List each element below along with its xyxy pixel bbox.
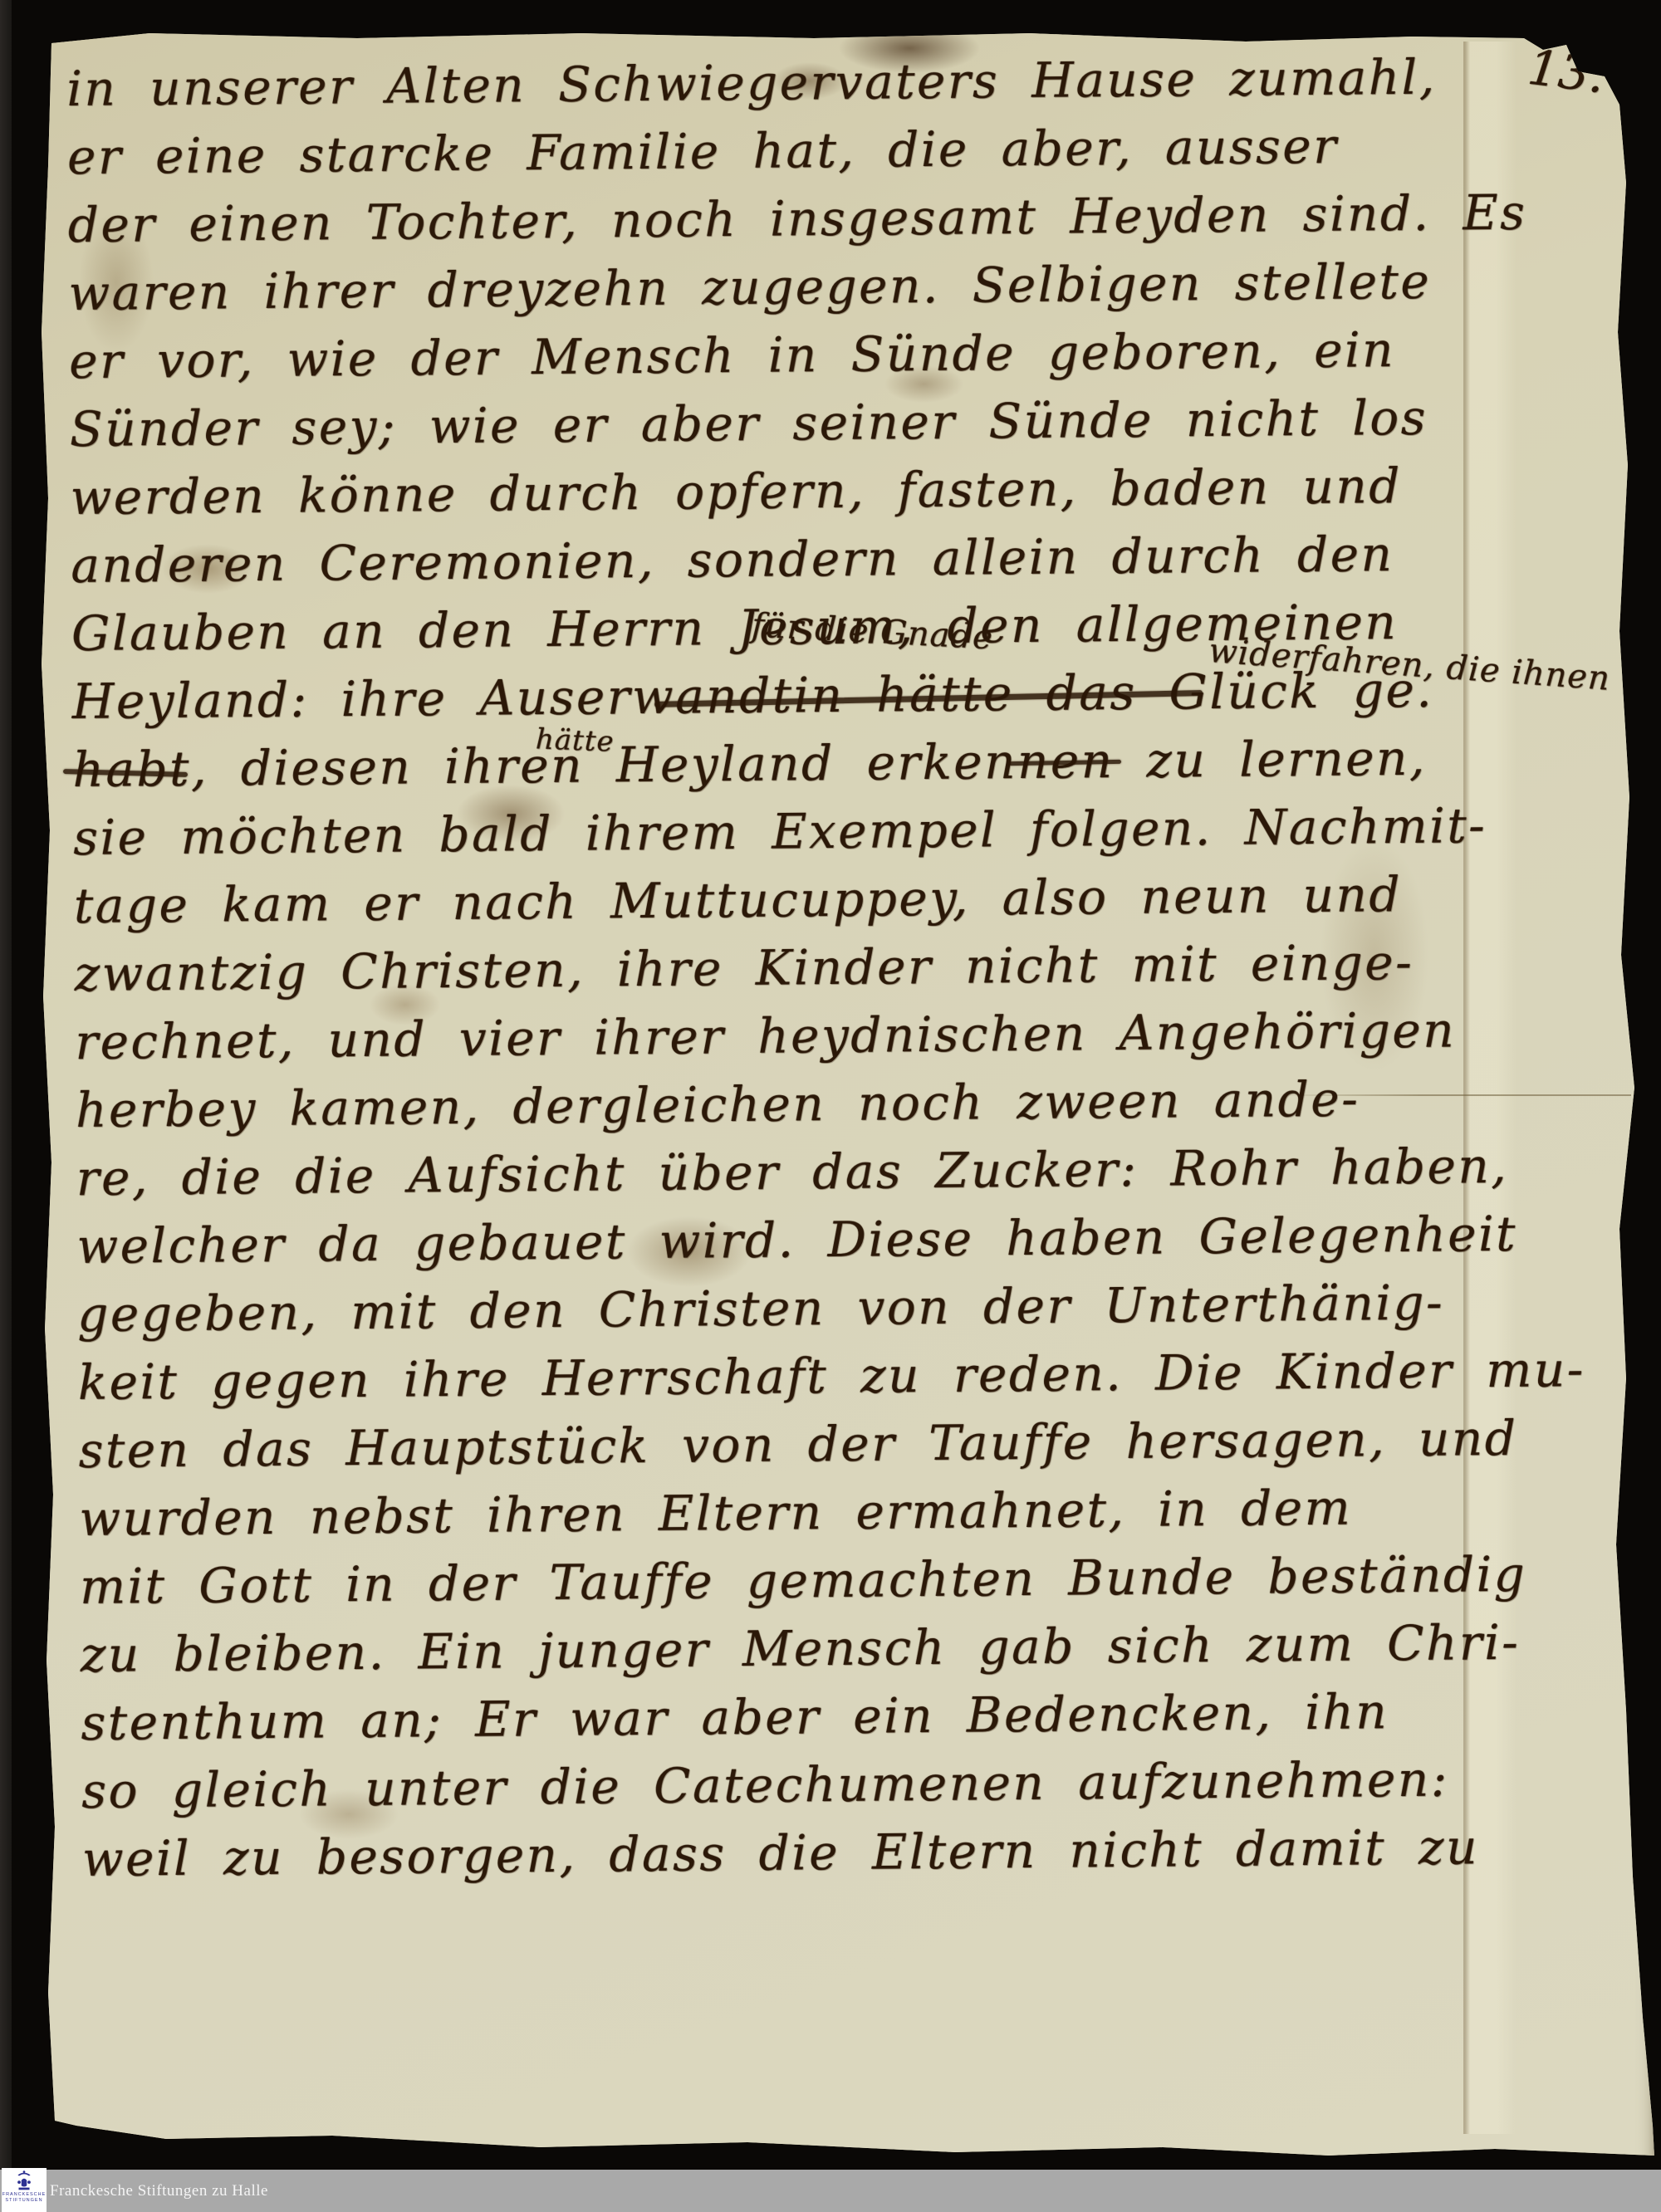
manuscript-line: waren ihrer dreyzehn zugegen. Selbigen s…	[68, 247, 1398, 327]
manuscript-page: 13. in unserer Alten Schwiegervaters Hau…	[0, 0, 1661, 2212]
manuscript-line: rechnet, und vier ihrer heydnischen Ange…	[75, 996, 1404, 1076]
manuscript-line: werden könne durch opfern, fasten, baden…	[70, 452, 1399, 531]
manuscript-line: habt, diesen ihren Heyland erkennen zu l…	[72, 724, 1402, 804]
manuscript-line: sten das Hauptstück von der Tauffe hersa…	[78, 1405, 1408, 1485]
footer-title: Franckesche Stiftungen zu Halle	[50, 2182, 268, 2200]
manuscript-line: Heyland: ihre Auserwandtin hätte das Glü…	[71, 656, 1401, 736]
manuscript-line: gegeben, mit den Christen von der Untert…	[77, 1269, 1407, 1348]
logo-text-line1: FRANCKESCHE	[2, 2192, 47, 2198]
manuscript-line: Sünder sey; wie er aber seiner Sünde nic…	[70, 384, 1399, 463]
logo-text-line2: STIFTUNGEN	[5, 2198, 42, 2204]
francke-foundations-logo-icon	[15, 2170, 33, 2192]
manuscript-line: weil zu besorgen, dass die Eltern nicht …	[82, 1813, 1412, 1893]
interlinear-insertion-word: hätte	[535, 722, 615, 758]
manuscript-line: zu bleiben. Ein junger Mensch gab sich z…	[80, 1609, 1409, 1689]
manuscript-line: der einen Tochter, noch insgesamt Heyden…	[67, 179, 1397, 259]
manuscript-line: stenthum an; Er war aber ein Bedencken, …	[81, 1677, 1410, 1757]
manuscript-line: keit gegen ihre Herrschaft zu reden. Die…	[78, 1337, 1408, 1417]
manuscript-line: welcher da gebauet wird. Diese haben Gel…	[76, 1201, 1406, 1280]
manuscript-line: tage kam er nach Muttucuppey, also neun …	[74, 860, 1404, 940]
scan-spine-strip	[0, 0, 12, 2212]
manuscript-line: sie möchten bald ihrem Exempel folgen. N…	[73, 792, 1403, 872]
manuscript-text: in unserer Alten Schwiegervaters Hause z…	[66, 43, 1411, 1893]
institution-logo: FRANCKESCHE STIFTUNGEN	[2, 2168, 47, 2212]
manuscript-line: wurden nebst ihren Eltern ermahnet, in d…	[79, 1473, 1409, 1553]
manuscript-line: anderen Ceremonien, sondern allein durch…	[71, 520, 1400, 599]
manuscript-line: mit Gott in der Tauffe gemachten Bunde b…	[80, 1541, 1409, 1621]
manuscript-line: herbey kamen, dergleichen noch zween and…	[76, 1064, 1405, 1144]
manuscript-line: so gleich unter die Catechumenen aufzune…	[81, 1745, 1411, 1825]
manuscript-line: er vor, wie der Mensch in Sünde geboren,…	[69, 316, 1399, 395]
footer-bar: Franckesche Stiftungen zu Halle	[0, 2170, 1661, 2212]
manuscript-line: re, die die Aufsicht über das Zucker: Ro…	[76, 1133, 1405, 1212]
manuscript-line: Glauben an den Herrn Jesum, den allgemei…	[71, 588, 1401, 668]
page-number: 13.	[1525, 39, 1608, 105]
manuscript-line: in unserer Alten Schwiegervaters Hause z…	[66, 43, 1396, 123]
manuscript-line: zwantzig Christen, ihre Kinder nicht mit…	[74, 928, 1404, 1008]
manuscript-line: er eine starcke Familie hat, die aber, a…	[67, 111, 1397, 191]
